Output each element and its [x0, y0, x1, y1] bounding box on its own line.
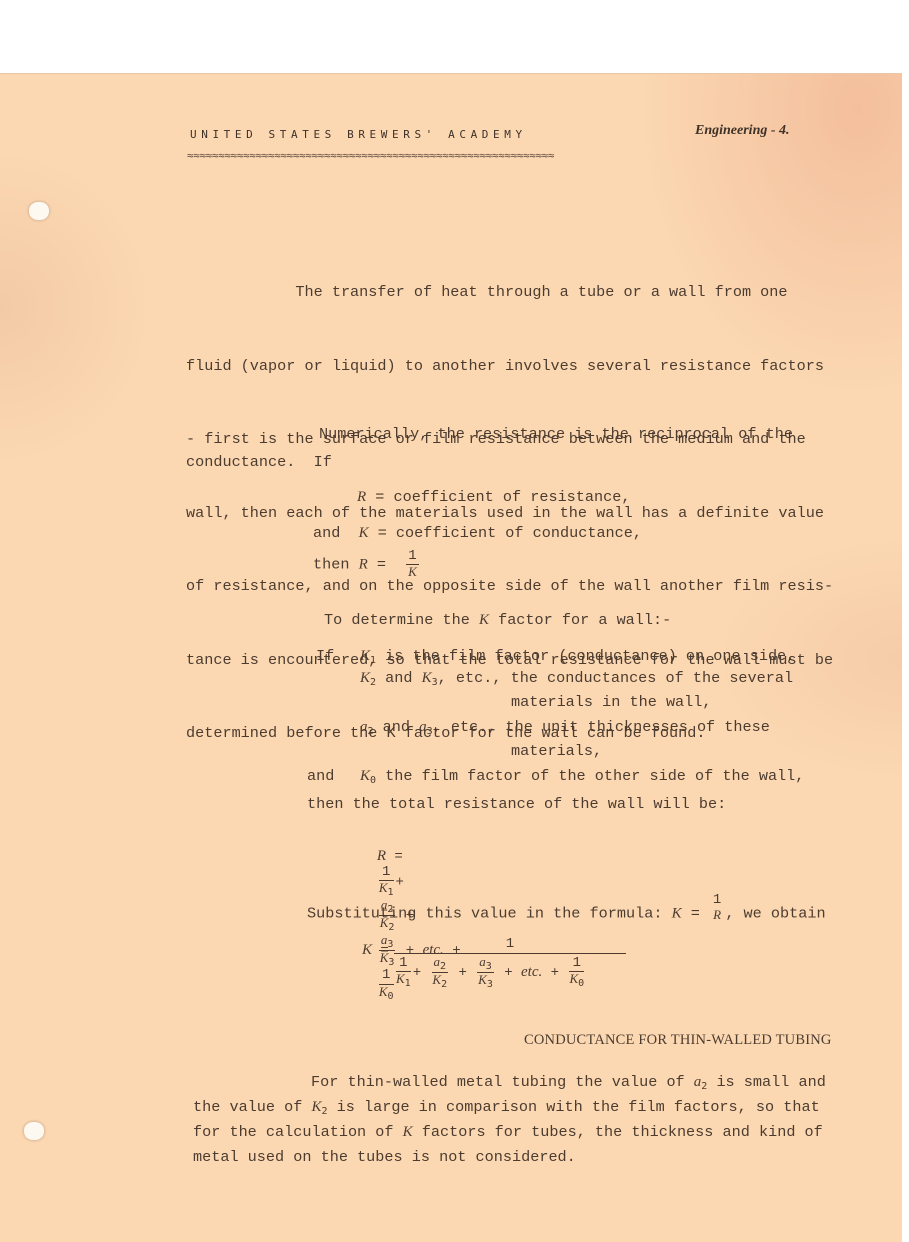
formula-k-denominator: 1K1+ a2K2 + a3K3 + etc. + 1K0: [394, 955, 586, 990]
fraction-1-over-r: 1R: [711, 893, 723, 923]
substituting-line: Substituting this value in the formula: …: [307, 893, 826, 926]
section-heading: CONDUCTANCE FOR THIN-WALLED TUBING: [524, 1032, 832, 1049]
if-word: If: [316, 644, 334, 669]
k0-definition: K0 the film factor of the other side of …: [360, 764, 804, 794]
term-1-over-k0: 1K0: [379, 968, 394, 1001]
numerically-line-2: conductance. If: [186, 450, 332, 475]
institution-header: UNITED STATES BREWERS' ACADEMY: [190, 128, 527, 141]
k2-k3-continuation: materials in the wall,: [511, 690, 712, 715]
punch-hole-top: [29, 202, 49, 220]
formula-k-numerator: 1: [394, 935, 626, 954]
thin-wall-line-3: for the calculation of K factors for tub…: [193, 1120, 823, 1145]
thin-wall-line-4: metal used on the tubes is not considere…: [193, 1145, 576, 1170]
header-ornament-rule: ≈≈≈≈≈≈≈≈≈≈≈≈≈≈≈≈≈≈≈≈≈≈≈≈≈≈≈≈≈≈≈≈≈≈≈≈≈≈≈≈…: [187, 149, 827, 162]
then-total-resistance: then the total resistance of the wall wi…: [307, 792, 726, 817]
definition-k: and K = coefficient of conductance,: [313, 521, 642, 546]
and-word: and: [307, 764, 334, 789]
page-label: Engineering - 4.: [695, 123, 790, 139]
intro-line: The transfer of heat through a tube or a…: [186, 280, 833, 305]
definition-r-reciprocal: then R = 1K: [313, 549, 421, 580]
a2-a3-continuation: materials,: [511, 739, 602, 764]
numerically-line-1: Numerically, the resistance is the recip…: [319, 422, 793, 447]
scan-margin: [902, 73, 909, 1242]
intro-line: fluid (vapor or liquid) to another invol…: [186, 354, 833, 379]
formula-k: K = 1 1K1+ a2K2 + a3K3 + etc. + 1K0: [362, 935, 379, 999]
intro-line: of resistance, and on the opposite side …: [186, 574, 833, 599]
determine-intro: To determine the K factor for a wall:-: [324, 608, 671, 633]
punch-hole-bottom: [24, 1122, 44, 1140]
definition-r: R = coefficient of resistance,: [357, 485, 630, 510]
fraction-1-over-k: 1K: [406, 549, 418, 580]
